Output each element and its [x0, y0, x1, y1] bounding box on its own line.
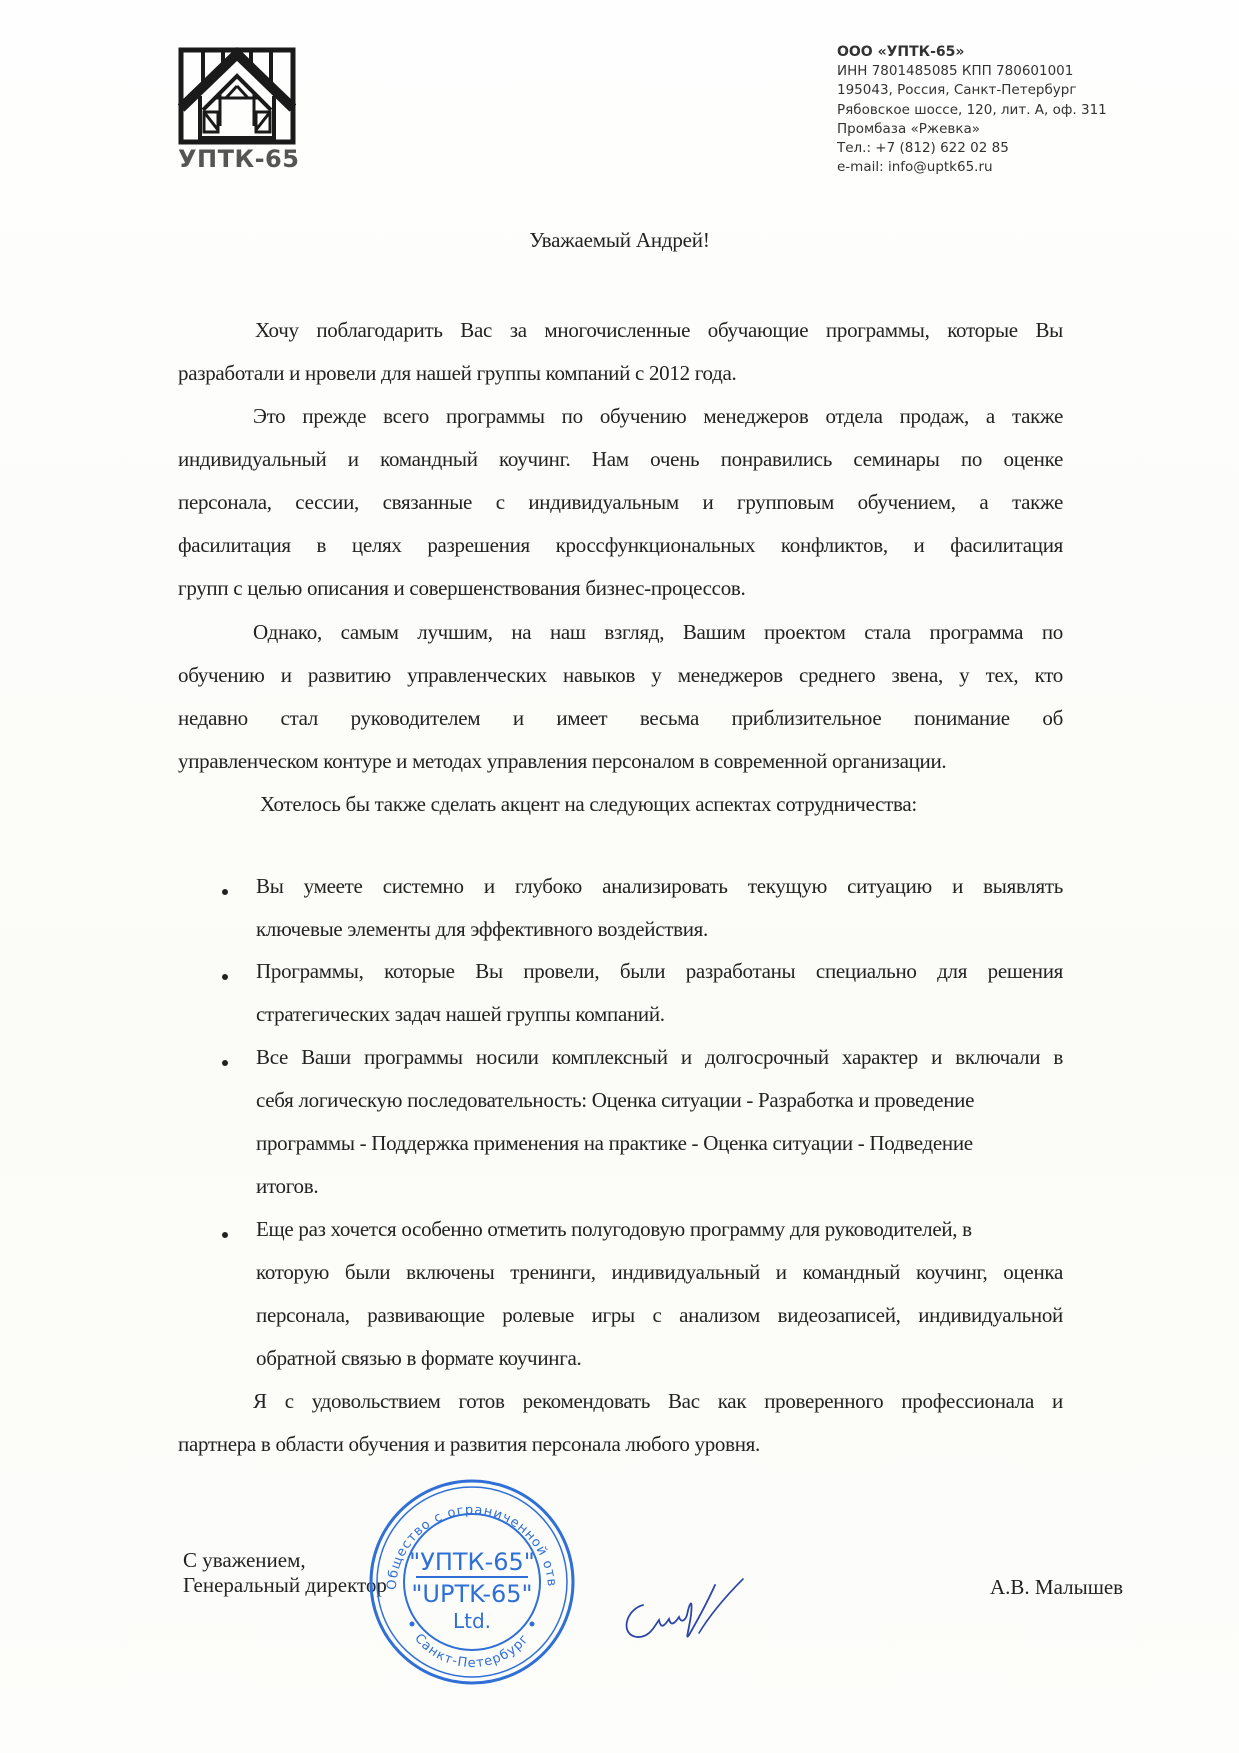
body-line: разработали и нровели для нашей группы к… — [178, 361, 736, 386]
body-line: Хочу поблагодарить Вас за многочисленные… — [255, 318, 1063, 343]
signer-position: Генеральный директор — [183, 1573, 387, 1598]
bullet-line: Программы, которые Вы провели, были разр… — [256, 959, 1063, 984]
company-stamp: Общество с ограниченной ответственностью… — [368, 1478, 576, 1686]
signature-scribble-icon — [615, 1575, 765, 1645]
body-line: персонала, сессии, связанные с индивидуа… — [178, 490, 1063, 515]
bullet-icon — [222, 889, 228, 895]
body-line: управленческом контуре и методах управле… — [178, 749, 946, 774]
logo-text: УПТК-65 — [178, 145, 298, 173]
body-line: Я с удовольствием готов рекомендовать Ва… — [253, 1389, 1063, 1414]
bullet-line: Все Ваши программы носили комплексный и … — [256, 1045, 1063, 1070]
stamp-name-ru: "УПТК-65" — [409, 1548, 535, 1576]
company-header: ООО «УПТК-65» ИНН 7801485085 КПП 7806010… — [837, 43, 1107, 177]
svg-text:Санкт-Петербург: Санкт-Петербург — [411, 1631, 532, 1671]
letter-page: УПТК-65 ООО «УПТК-65» ИНН 7801485085 КПП… — [0, 0, 1239, 1753]
bullet-line: себя логическую последовательность: Оцен… — [256, 1088, 974, 1113]
company-name: ООО «УПТК-65» — [837, 43, 1107, 62]
bullet-line: Вы умеете системно и глубоко анализирова… — [256, 874, 1063, 899]
signer-name: А.В. Малышев — [990, 1575, 1123, 1600]
stamp-seal-icon: Общество с ограниченной ответственностью… — [368, 1478, 576, 1686]
body-line: Это прежде всего программы по обучению м… — [253, 404, 1063, 429]
closing-block: С уважением, Генеральный директор — [183, 1548, 387, 1598]
body-line: Однако, самым лучшим, на наш взгляд, Ваш… — [253, 620, 1063, 645]
body-line: Хотелось бы также сделать акцент на след… — [260, 792, 917, 817]
bullet-line: которую были включены тренинги, индивиду… — [256, 1260, 1063, 1285]
bullet-line: стратегических задач нашей группы компан… — [256, 1002, 665, 1027]
bullet-line: обратной связью в формате коучинга. — [256, 1346, 581, 1371]
bullet-line: итогов. — [256, 1174, 318, 1199]
body-line: обучению и развитию управленческих навык… — [178, 663, 1063, 688]
company-address-line3: Промбаза «Ржевка» — [837, 120, 1107, 139]
bullet-line: персонала, развивающие ролевые игры с ан… — [256, 1303, 1063, 1328]
bullet-line: программы - Поддержка применения на прак… — [256, 1131, 973, 1156]
regards-text: С уважением, — [183, 1548, 387, 1573]
company-address-line1: 195043, Россия, Санкт-Петербург — [837, 81, 1107, 100]
stamp-suffix: Ltd. — [453, 1609, 491, 1633]
company-address-line2: Рябовское шоссе, 120, лит. А, оф. 311 — [837, 101, 1107, 120]
company-phone: Тел.: +7 (812) 622 02 85 — [837, 139, 1107, 158]
body-line: недавно стал руководителем и имеет весьм… — [178, 706, 1063, 731]
body-line: индивидуальный и командный коучинг. Нам … — [178, 447, 1063, 472]
body-line: фасилитация в целях разрешения кроссфунк… — [178, 533, 1063, 558]
company-tax-ids: ИНН 7801485085 КПП 780601001 — [837, 62, 1107, 81]
stamp-city-text: Санкт-Петербург — [411, 1631, 532, 1671]
body-line: партнера в области обучения и развития п… — [178, 1432, 760, 1457]
bullet-icon — [222, 1232, 228, 1238]
bullet-icon — [222, 1060, 228, 1066]
bullet-line: ключевые элементы для эффективного возде… — [256, 917, 708, 942]
house-frame-logo-icon — [178, 46, 296, 146]
body-line: групп с целью описания и совершенствован… — [178, 576, 745, 601]
company-email: e-mail: info@uptk65.ru — [837, 158, 1107, 177]
handwritten-signature — [615, 1575, 765, 1645]
bullet-line: Еще раз хочется особенно отметить полуго… — [256, 1217, 972, 1242]
stamp-name-en: "UPTK-65" — [411, 1580, 532, 1608]
bullet-icon — [222, 974, 228, 980]
salutation: Уважаемый Андрей! — [0, 228, 1239, 253]
